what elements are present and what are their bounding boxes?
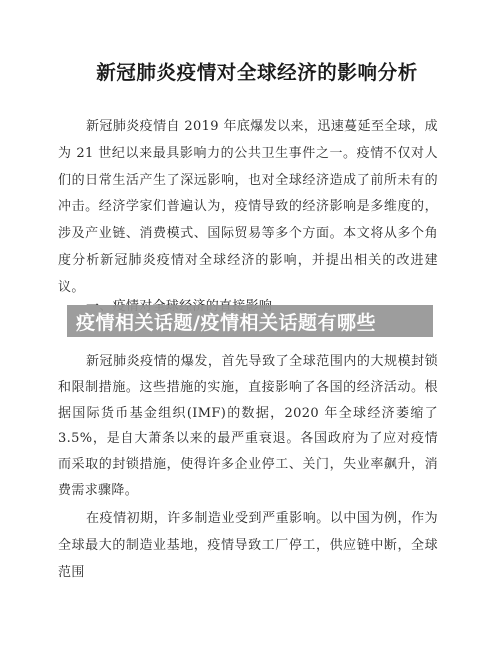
title-overlay-banner: 疫情相关话题/疫情相关话题有哪些	[67, 305, 433, 337]
banner-title: 疫情相关话题/疫情相关话题有哪些	[76, 308, 376, 335]
body-paragraph: 新冠肺炎疫情的爆发，首先导致了全球范围内的大规模封锁和限制措施。这些措施的实施，…	[58, 349, 438, 504]
document-title: 新冠肺炎疫情对全球经济的影响分析	[0, 60, 500, 86]
document-page: 新冠肺炎疫情对全球经济的影响分析 新冠肺炎疫情自 2019 年底爆发以来，迅速蔓…	[0, 0, 500, 647]
body-paragraph: 在疫情初期，许多制造业受到严重影响。以中国为例，作为全球最大的制造业基地，疫情导…	[58, 506, 438, 586]
intro-paragraph: 新冠肺炎疫情自 2019 年底爆发以来，迅速蔓延至全球，成为 21 世纪以来最具…	[58, 114, 438, 302]
